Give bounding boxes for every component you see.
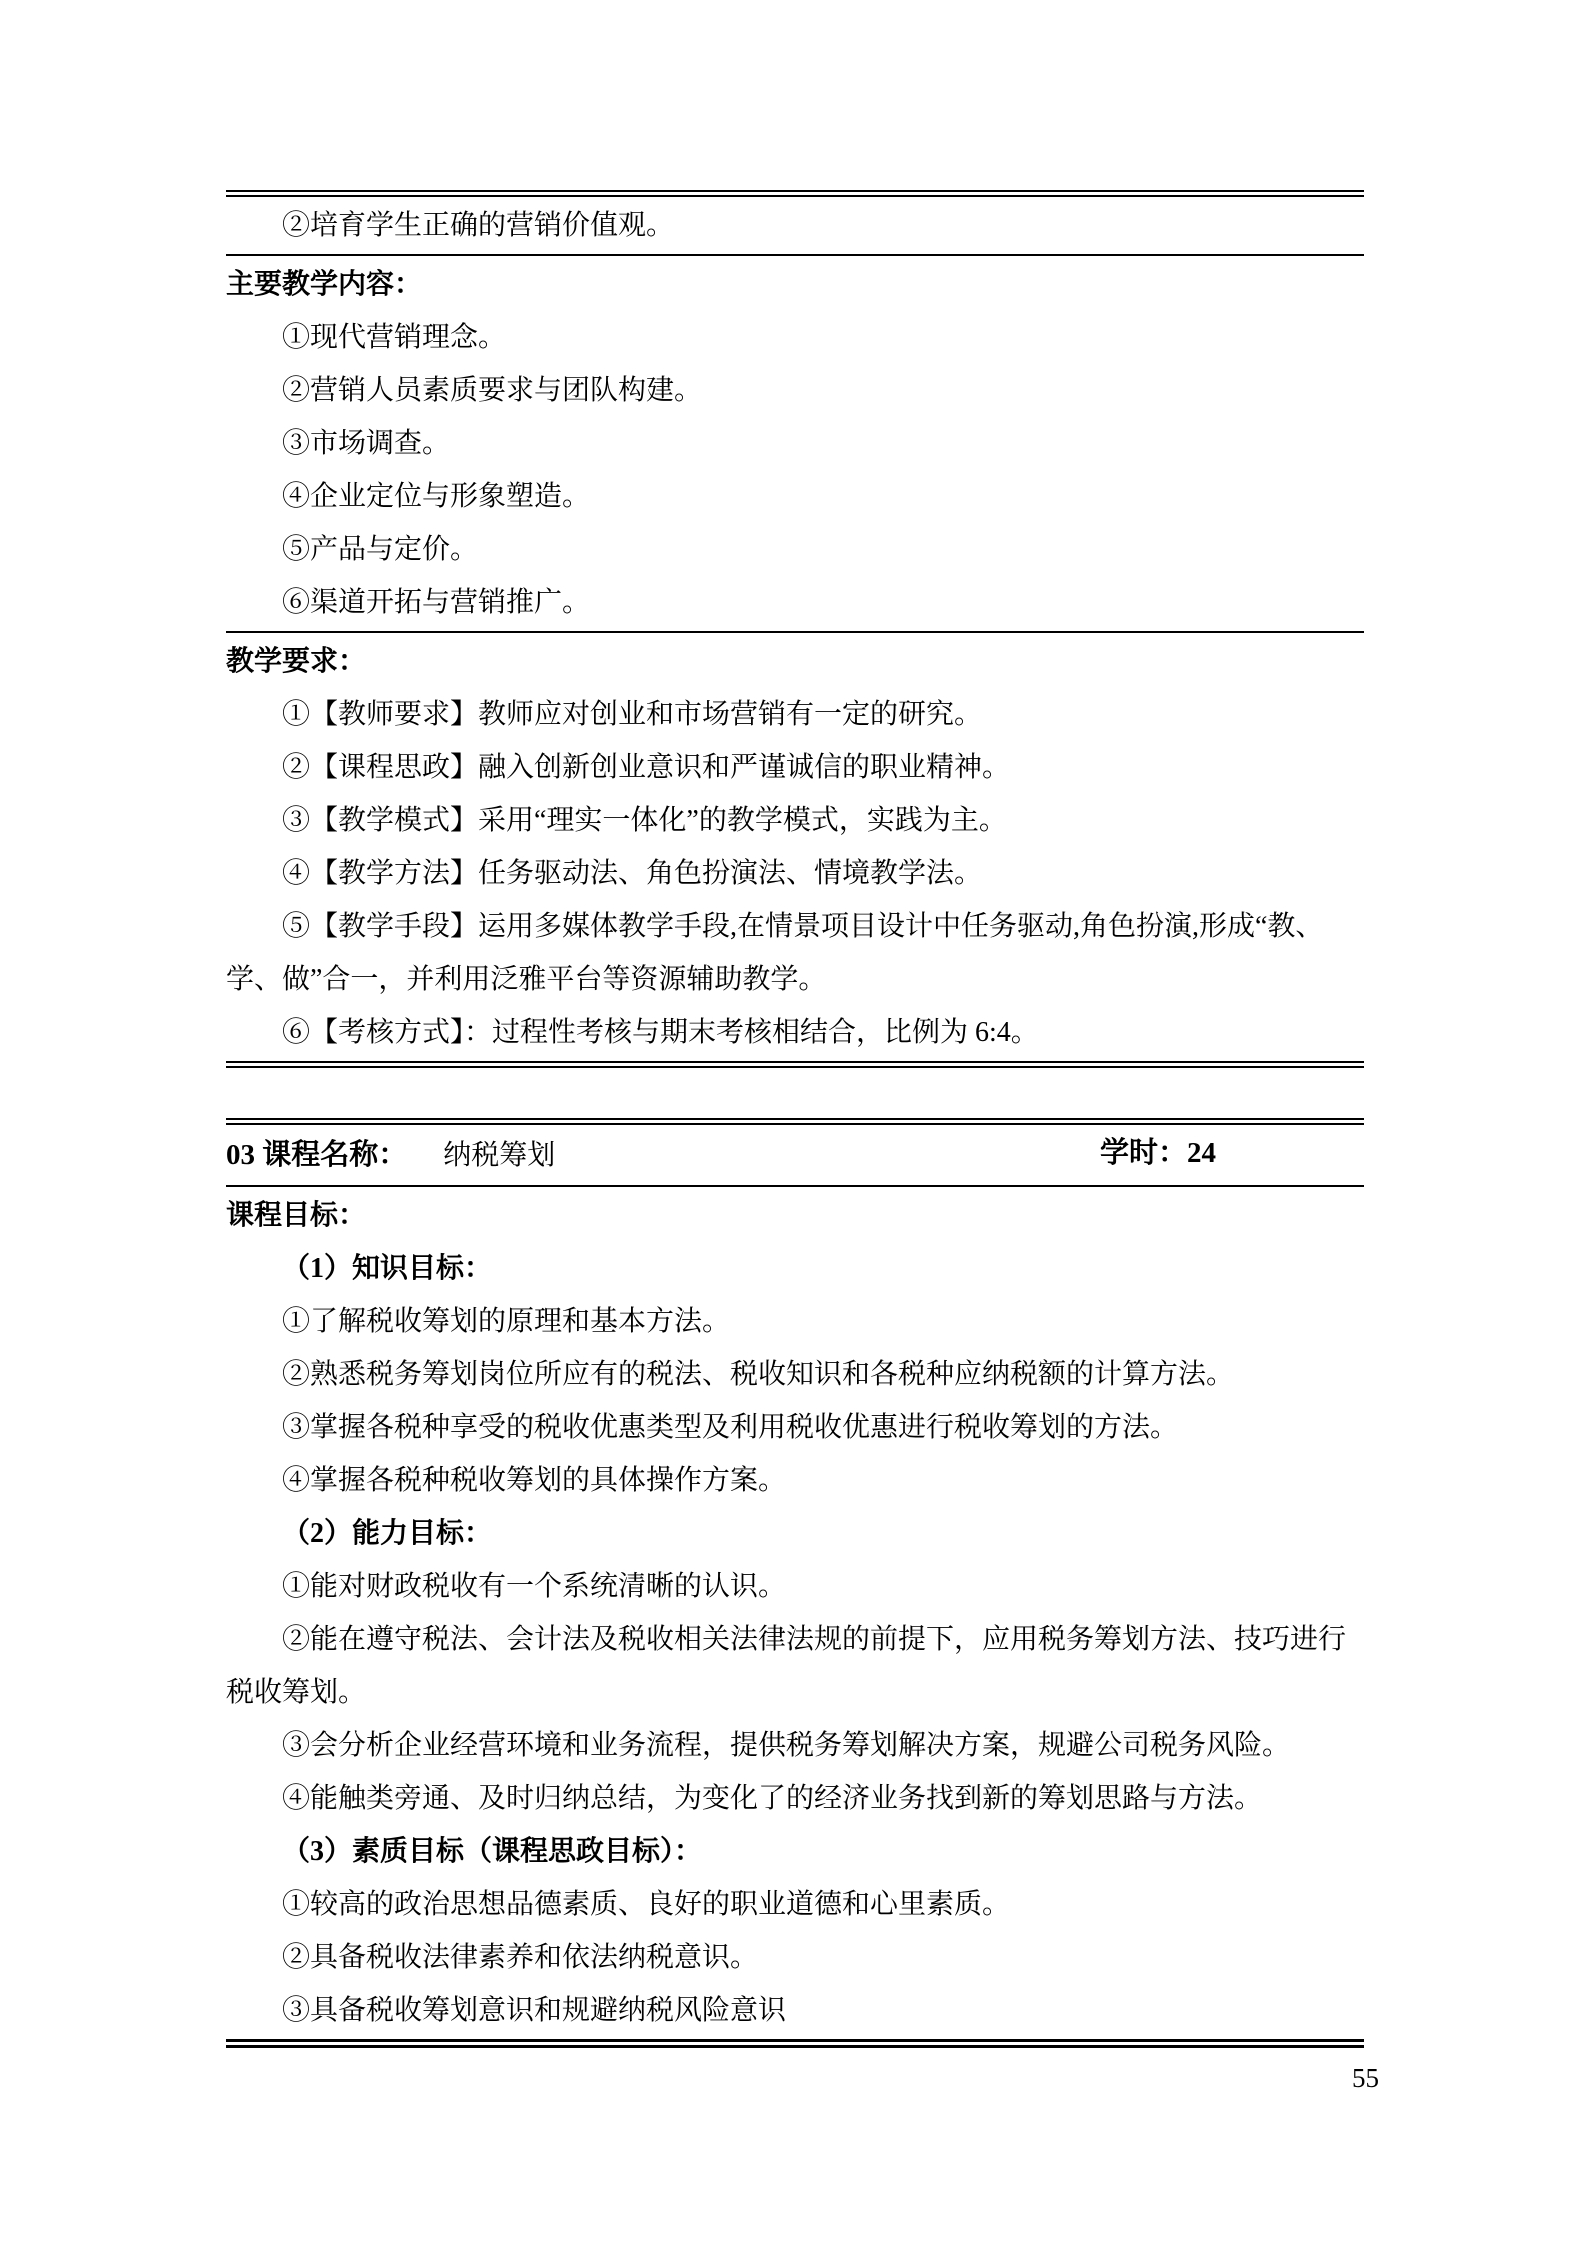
text-line: ③【教学模式】采用“理实一体化”的教学模式，实践为主。 [226, 794, 1364, 847]
text-line: ②能在遵守税法、会计法及税收相关法律法规的前提下，应用税务筹划方法、技巧进行 [226, 1613, 1364, 1666]
text-line: ④掌握各税种税收筹划的具体操作方案。 [226, 1454, 1364, 1507]
text-line: ⑥【考核方式】：过程性考核与期末考核相结合，比例为 6:4。 [226, 1006, 1364, 1059]
text-line: ①【教师要求】教师应对创业和市场营销有一定的研究。 [226, 688, 1364, 741]
page-number: 55 [1352, 2062, 1379, 2094]
heading-line: （3）素质目标（课程思政目标）： [226, 1825, 1364, 1878]
text-line: ④企业定位与形象塑造。 [226, 470, 1364, 523]
text-line: ②【课程思政】融入创新创业意识和严谨诚信的职业精神。 [226, 741, 1364, 794]
course-number-label: 03 课程名称：纳税筹划 [226, 1139, 555, 1171]
table-row: 主要教学内容：①现代营销理念。②营销人员素质要求与团队构建。③市场调查。④企业定… [226, 256, 1364, 631]
course-name-value: 纳税筹划 [443, 1140, 555, 1171]
text-line: ④能触类旁通、及时归纳总结，为变化了的经济业务找到新的筹划思路与方法。 [226, 1772, 1364, 1825]
text-line: ③会分析企业经营环境和业务流程，提供税务筹划解决方案，规避公司税务风险。 [226, 1719, 1364, 1772]
text-line: ⑥渠道开拓与营销推广。 [226, 576, 1364, 629]
text-line: ②营销人员素质要求与团队构建。 [226, 364, 1364, 417]
heading-line: 课程目标： [226, 1189, 1364, 1242]
text-line: ④【教学方法】任务驱动法、角色扮演法、情境教学法。 [226, 847, 1364, 900]
text-line: ⑤产品与定价。 [226, 523, 1364, 576]
heading-line: 主要教学内容： [226, 258, 1364, 311]
page-content: ②培育学生正确的营销价值观。主要教学内容：①现代营销理念。②营销人员素质要求与团… [226, 190, 1364, 2048]
heading-line: 教学要求： [226, 635, 1364, 688]
course-hours-label: 学时：24 [1100, 1125, 1216, 1181]
text-line: ⑤【教学手段】运用多媒体教学手段,在情景项目设计中任务驱动,角色扮演,形成“教、 [226, 900, 1364, 953]
text-line: ③市场调查。 [226, 417, 1364, 470]
text-line: 学、做”合一，并利用泛雅平台等资源辅助教学。 [226, 953, 1364, 1006]
text-line: ①较高的政治思想品德素质、良好的职业道德和心里素质。 [226, 1878, 1364, 1931]
course-header-row: 03 课程名称：纳税筹划 学时：24 [226, 1125, 1364, 1185]
heading-line: （2）能力目标： [226, 1507, 1364, 1560]
course-03-block: 03 课程名称：纳税筹划 学时：24 课程目标：（1）知识目标：①了解税收筹划的… [226, 1118, 1364, 2048]
text-line: ②熟悉税务筹划岗位所应有的税法、税收知识和各税种应纳税额的计算方法。 [226, 1348, 1364, 1401]
course-name-label: 03 课程名称： [226, 1139, 407, 1171]
text-line: ②具备税收法律素养和依法纳税意识。 [226, 1931, 1364, 1984]
course-02-block: ②培育学生正确的营销价值观。主要教学内容：①现代营销理念。②营销人员素质要求与团… [226, 190, 1364, 1068]
document-page: ②培育学生正确的营销价值观。主要教学内容：①现代营销理念。②营销人员素质要求与团… [0, 0, 1587, 2245]
text-line: ②培育学生正确的营销价值观。 [226, 199, 1364, 252]
table-row: ②培育学生正确的营销价值观。 [226, 197, 1364, 254]
heading-line: （1）知识目标： [226, 1242, 1364, 1295]
text-line: ①能对财政税收有一个系统清晰的认识。 [226, 1560, 1364, 1613]
text-line: ①了解税收筹划的原理和基本方法。 [226, 1295, 1364, 1348]
text-line: ③具备税收筹划意识和规避纳税风险意识 [226, 1984, 1364, 2037]
text-line: ①现代营销理念。 [226, 311, 1364, 364]
text-line: ③掌握各税种享受的税收优惠类型及利用税收优惠进行税收筹划的方法。 [226, 1401, 1364, 1454]
table-row: 课程目标：（1）知识目标：①了解税收筹划的原理和基本方法。②熟悉税务筹划岗位所应… [226, 1187, 1364, 2039]
table-row: 教学要求：①【教师要求】教师应对创业和市场营销有一定的研究。②【课程思政】融入创… [226, 633, 1364, 1061]
text-line: 税收筹划。 [226, 1666, 1364, 1719]
course-03-body: 课程目标：（1）知识目标：①了解税收筹划的原理和基本方法。②熟悉税务筹划岗位所应… [226, 1187, 1364, 2039]
